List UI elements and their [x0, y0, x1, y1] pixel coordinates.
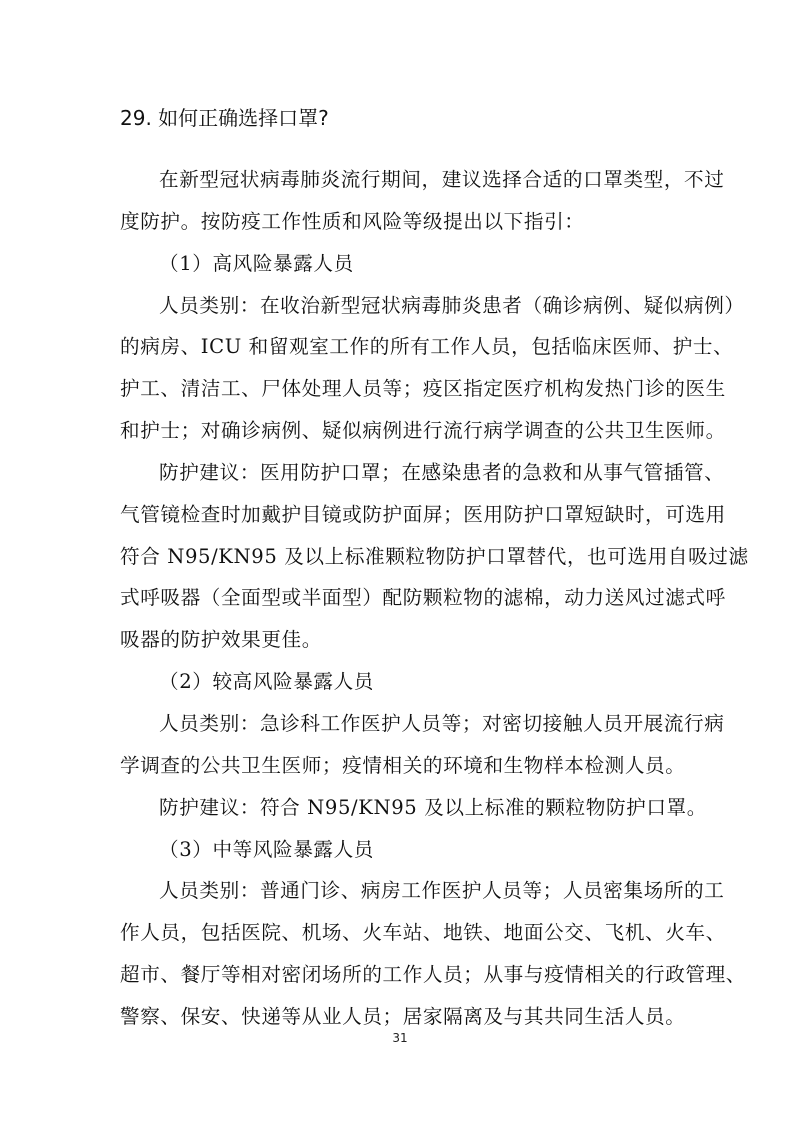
section-heading: 29. 如何正确选择口罩? — [120, 104, 329, 132]
text-line: 防护建议：符合 N95/KN95 及以上标准的颗粒物防护口罩。 — [120, 787, 690, 829]
body-text: 在新型冠状病毒肺炎流行期间，建议选择合适的口罩类型，不过度防护。按防疫工作性质和… — [120, 159, 690, 1038]
text-line: 度防护。按防疫工作性质和风险等级提出以下指引： — [120, 201, 690, 243]
document-page: 29. 如何正确选择口罩? 在新型冠状病毒肺炎流行期间，建议选择合适的口罩类型，… — [0, 0, 800, 1131]
text-line: 学调查的公共卫生医师；疫情相关的环境和生物样本检测人员。 — [120, 745, 690, 787]
text-line: 防护建议：医用防护口罩；在感染患者的急救和从事气管插管、 — [120, 452, 690, 494]
text-line: 人员类别：急诊科工作医护人员等；对密切接触人员开展流行病 — [120, 703, 690, 745]
text-line: 符合 N95/KN95 及以上标准颗粒物防护口罩替代，也可选用自吸过滤 — [120, 536, 690, 578]
text-line: 在新型冠状病毒肺炎流行期间，建议选择合适的口罩类型，不过 — [120, 159, 690, 201]
page-number: 31 — [0, 1031, 800, 1045]
text-line: 人员类别：在收治新型冠状病毒肺炎患者（确诊病例、疑似病例） — [120, 285, 690, 327]
text-line: 的病房、ICU 和留观室工作的所有工作人员，包括临床医师、护士、 — [120, 326, 690, 368]
text-line: （2）较高风险暴露人员 — [120, 661, 690, 703]
text-line: （3）中等风险暴露人员 — [120, 829, 690, 871]
text-line: 式呼吸器（全面型或半面型）配防颗粒物的滤棉，动力送风过滤式呼 — [120, 577, 690, 619]
text-line: 护工、清洁工、尸体处理人员等；疫区指定医疗机构发热门诊的医生 — [120, 368, 690, 410]
text-line: 人员类别：普通门诊、病房工作医护人员等；人员密集场所的工 — [120, 870, 690, 912]
text-line: 气管镜检查时加戴护目镜或防护面屏；医用防护口罩短缺时，可选用 — [120, 494, 690, 536]
text-line: （1）高风险暴露人员 — [120, 243, 690, 285]
text-line: 作人员，包括医院、机场、火车站、地铁、地面公交、飞机、火车、 — [120, 912, 690, 954]
text-line: 超市、餐厅等相对密闭场所的工作人员；从事与疫情相关的行政管理、 — [120, 954, 690, 996]
text-line: 和护士；对确诊病例、疑似病例进行流行病学调查的公共卫生医师。 — [120, 410, 690, 452]
text-line: 吸器的防护效果更佳。 — [120, 619, 690, 661]
